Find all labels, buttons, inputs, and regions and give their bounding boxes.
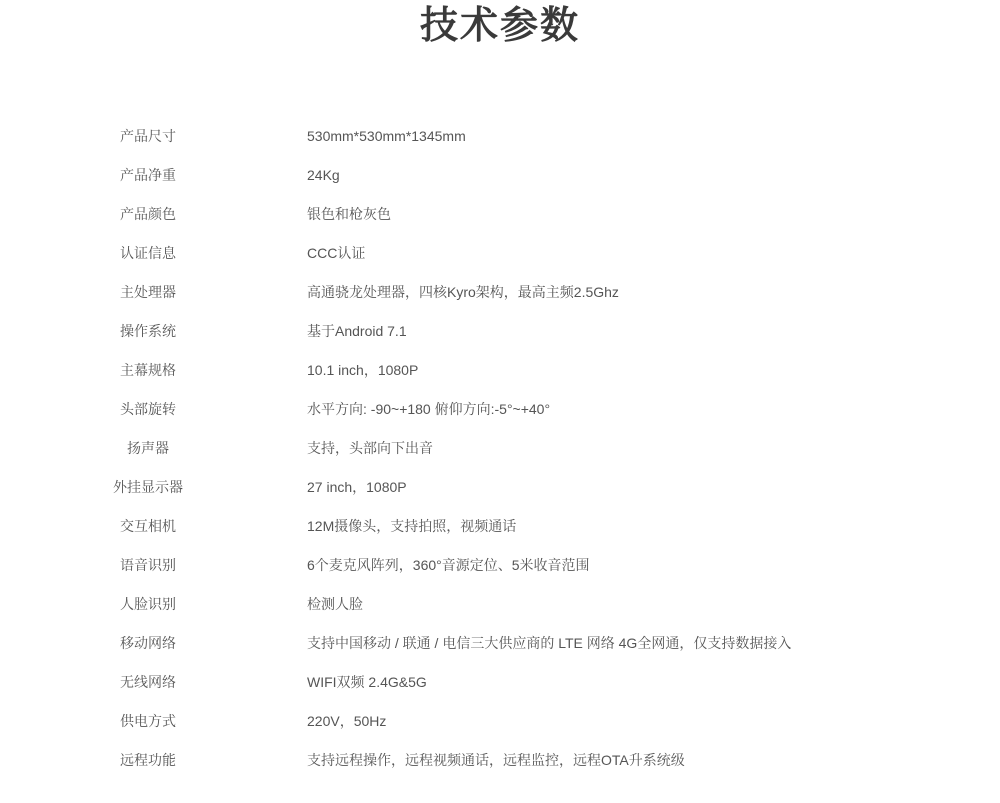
spec-row: 移动网络支持中国移动 / 联通 / 电信三大供应商的 LTE 网络 4G全网通，…: [0, 623, 1000, 662]
spec-row: 认证信息CCC认证: [0, 233, 1000, 272]
spec-label: 交互相机: [48, 516, 248, 536]
spec-label: 产品尺寸: [48, 126, 248, 146]
spec-value: 水平方向: -90~+180 俯仰方向:-5°~+40°: [307, 399, 550, 419]
spec-label: 产品净重: [48, 165, 248, 185]
spec-value: 6个麦克风阵列，360°音源定位、5米收音范围: [307, 555, 590, 575]
specs-table: 产品尺寸530mm*530mm*1345mm产品净重24Kg产品颜色银色和枪灰色…: [0, 116, 1000, 779]
spec-row: 产品净重24Kg: [0, 155, 1000, 194]
spec-value: 24Kg: [307, 167, 340, 183]
spec-value: 支持中国移动 / 联通 / 电信三大供应商的 LTE 网络 4G全网通，仅支持数…: [307, 633, 791, 653]
spec-value: 高通骁龙处理器，四核Kyro架构，最高主频2.5Ghz: [307, 282, 619, 302]
spec-row: 头部旋转水平方向: -90~+180 俯仰方向:-5°~+40°: [0, 389, 1000, 428]
spec-label: 主处理器: [48, 282, 248, 302]
spec-row: 无线网络WIFI双频 2.4G&5G: [0, 662, 1000, 701]
spec-value: 530mm*530mm*1345mm: [307, 128, 466, 144]
spec-value: 12M摄像头，支持拍照，视频通话: [307, 516, 516, 536]
spec-label: 外挂显示器: [48, 477, 248, 497]
spec-value: 检测人脸: [307, 594, 363, 614]
spec-row: 交互相机12M摄像头，支持拍照，视频通话: [0, 506, 1000, 545]
spec-label: 主幕规格: [48, 360, 248, 380]
spec-row: 外挂显示器27 inch，1080P: [0, 467, 1000, 506]
spec-value: 支持远程操作，远程视频通话，远程监控，远程OTA升系统级: [307, 750, 685, 770]
spec-label: 移动网络: [48, 633, 248, 653]
spec-row: 主处理器高通骁龙处理器，四核Kyro架构，最高主频2.5Ghz: [0, 272, 1000, 311]
spec-row: 语音识别6个麦克风阵列，360°音源定位、5米收音范围: [0, 545, 1000, 584]
spec-label: 人脸识别: [48, 594, 248, 614]
spec-row: 产品尺寸530mm*530mm*1345mm: [0, 116, 1000, 155]
spec-row: 远程功能支持远程操作，远程视频通话，远程监控，远程OTA升系统级: [0, 740, 1000, 779]
spec-value: CCC认证: [307, 243, 365, 263]
spec-label: 扬声器: [48, 438, 248, 458]
spec-label: 产品颜色: [48, 204, 248, 224]
spec-value: WIFI双频 2.4G&5G: [307, 672, 427, 692]
spec-label: 语音识别: [48, 555, 248, 575]
spec-label: 远程功能: [48, 750, 248, 770]
spec-sheet-page: 技术参数 产品尺寸530mm*530mm*1345mm产品净重24Kg产品颜色银…: [0, 0, 1000, 803]
spec-value: 银色和枪灰色: [307, 204, 391, 224]
spec-label: 头部旋转: [48, 399, 248, 419]
spec-label: 供电方式: [48, 711, 248, 731]
spec-value: 支持，头部向下出音: [307, 438, 433, 458]
spec-row: 操作系统基于Android 7.1: [0, 311, 1000, 350]
spec-value: 基于Android 7.1: [307, 321, 407, 341]
spec-row: 产品颜色银色和枪灰色: [0, 194, 1000, 233]
page-title: 技术参数: [0, 0, 1000, 48]
spec-row: 人脸识别检测人脸: [0, 584, 1000, 623]
spec-row: 供电方式220V，50Hz: [0, 701, 1000, 740]
spec-value: 27 inch，1080P: [307, 477, 407, 497]
spec-row: 扬声器支持，头部向下出音: [0, 428, 1000, 467]
spec-label: 无线网络: [48, 672, 248, 692]
spec-value: 220V，50Hz: [307, 711, 386, 731]
spec-label: 操作系统: [48, 321, 248, 341]
spec-value: 10.1 inch，1080P: [307, 360, 418, 380]
spec-label: 认证信息: [48, 243, 248, 263]
spec-row: 主幕规格10.1 inch，1080P: [0, 350, 1000, 389]
